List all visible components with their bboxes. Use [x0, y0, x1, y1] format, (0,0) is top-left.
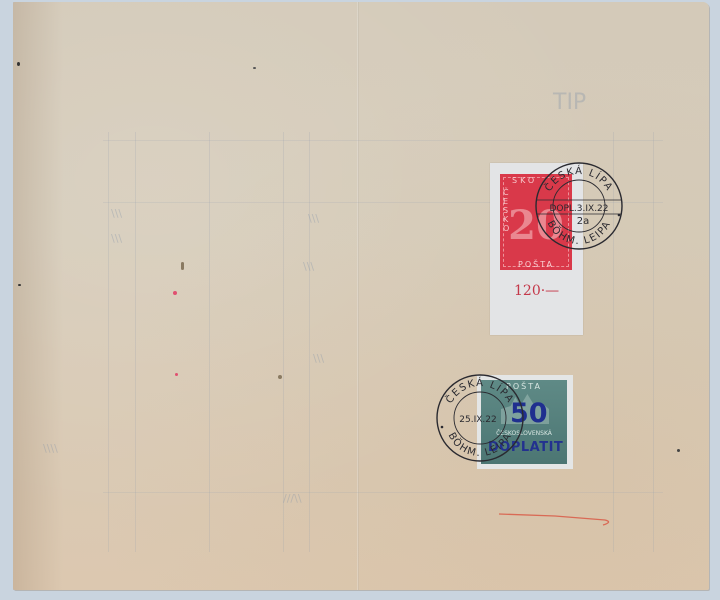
- paper-edge-shadow: [13, 2, 63, 590]
- postmark-top-text: ČESKÁ LÍPA: [542, 164, 615, 194]
- postmark-subline: 2a: [577, 216, 590, 227]
- pencil-mark: ///\\: [283, 492, 302, 505]
- ruled-line: [108, 132, 109, 552]
- ink-speck: [677, 449, 680, 452]
- pencil-mark: \\\: [303, 260, 314, 273]
- ink-speck: [18, 284, 21, 286]
- pencil-mark: \\\: [313, 352, 324, 365]
- stamp-bottom-text: POŠTA: [500, 260, 572, 269]
- svg-text:BÖHM. LEIPA: BÖHM. LEIPA: [446, 431, 515, 459]
- ruled-line: [283, 132, 284, 552]
- fold-crease: [357, 2, 359, 590]
- postmark-cesk-lipa-2: ČESKÁ LÍPA BÖHM. LEIPA 25.IX.22: [434, 372, 526, 464]
- pencil-mark: \\\: [111, 207, 122, 220]
- ruled-line: [653, 132, 654, 552]
- ruled-line: [309, 132, 310, 552]
- ruled-line: [209, 132, 210, 552]
- red-pencil-mark: [495, 505, 615, 529]
- postmark-cesk-lipa-1: ČESKÁ LÍPA BÖHM. LEIPA DOPL.3.IX.22 2a: [533, 160, 625, 252]
- fiber-speck: [181, 262, 184, 270]
- pencil-mark: \\\\: [43, 442, 58, 455]
- pencil-mark: \\\: [111, 232, 122, 245]
- postmark-bottom-text: BÖHM. LEIPA: [446, 431, 515, 459]
- faint-rubber-stamp: TIP: [553, 90, 586, 115]
- ink-speck: [253, 67, 256, 69]
- svg-text:ČESKÁ LÍPA: ČESKÁ LÍPA: [443, 376, 516, 406]
- ink-speck: [17, 62, 20, 66]
- pencil-mark: \\\: [308, 212, 319, 225]
- postmark-date: 25.IX.22: [459, 415, 496, 425]
- fiber-speck: [278, 375, 282, 379]
- red-fiber-speck: [173, 291, 177, 295]
- document-paper: \\\ \\\ \\\ \\\ \\\ \\\\ ///\\ TIP: [13, 2, 709, 590]
- sheet-margin-inscription: 120·—: [514, 283, 559, 299]
- postmark-date: DOPL.3.IX.22: [549, 204, 608, 214]
- postmark-top-text: ČESKÁ LÍPA: [443, 376, 516, 406]
- red-fiber-speck: [175, 373, 178, 376]
- ruled-line: [103, 492, 663, 493]
- svg-text:ČESKÁ LÍPA: ČESKÁ LÍPA: [542, 164, 615, 194]
- ruled-line: [135, 132, 136, 552]
- ruled-line: [103, 140, 663, 141]
